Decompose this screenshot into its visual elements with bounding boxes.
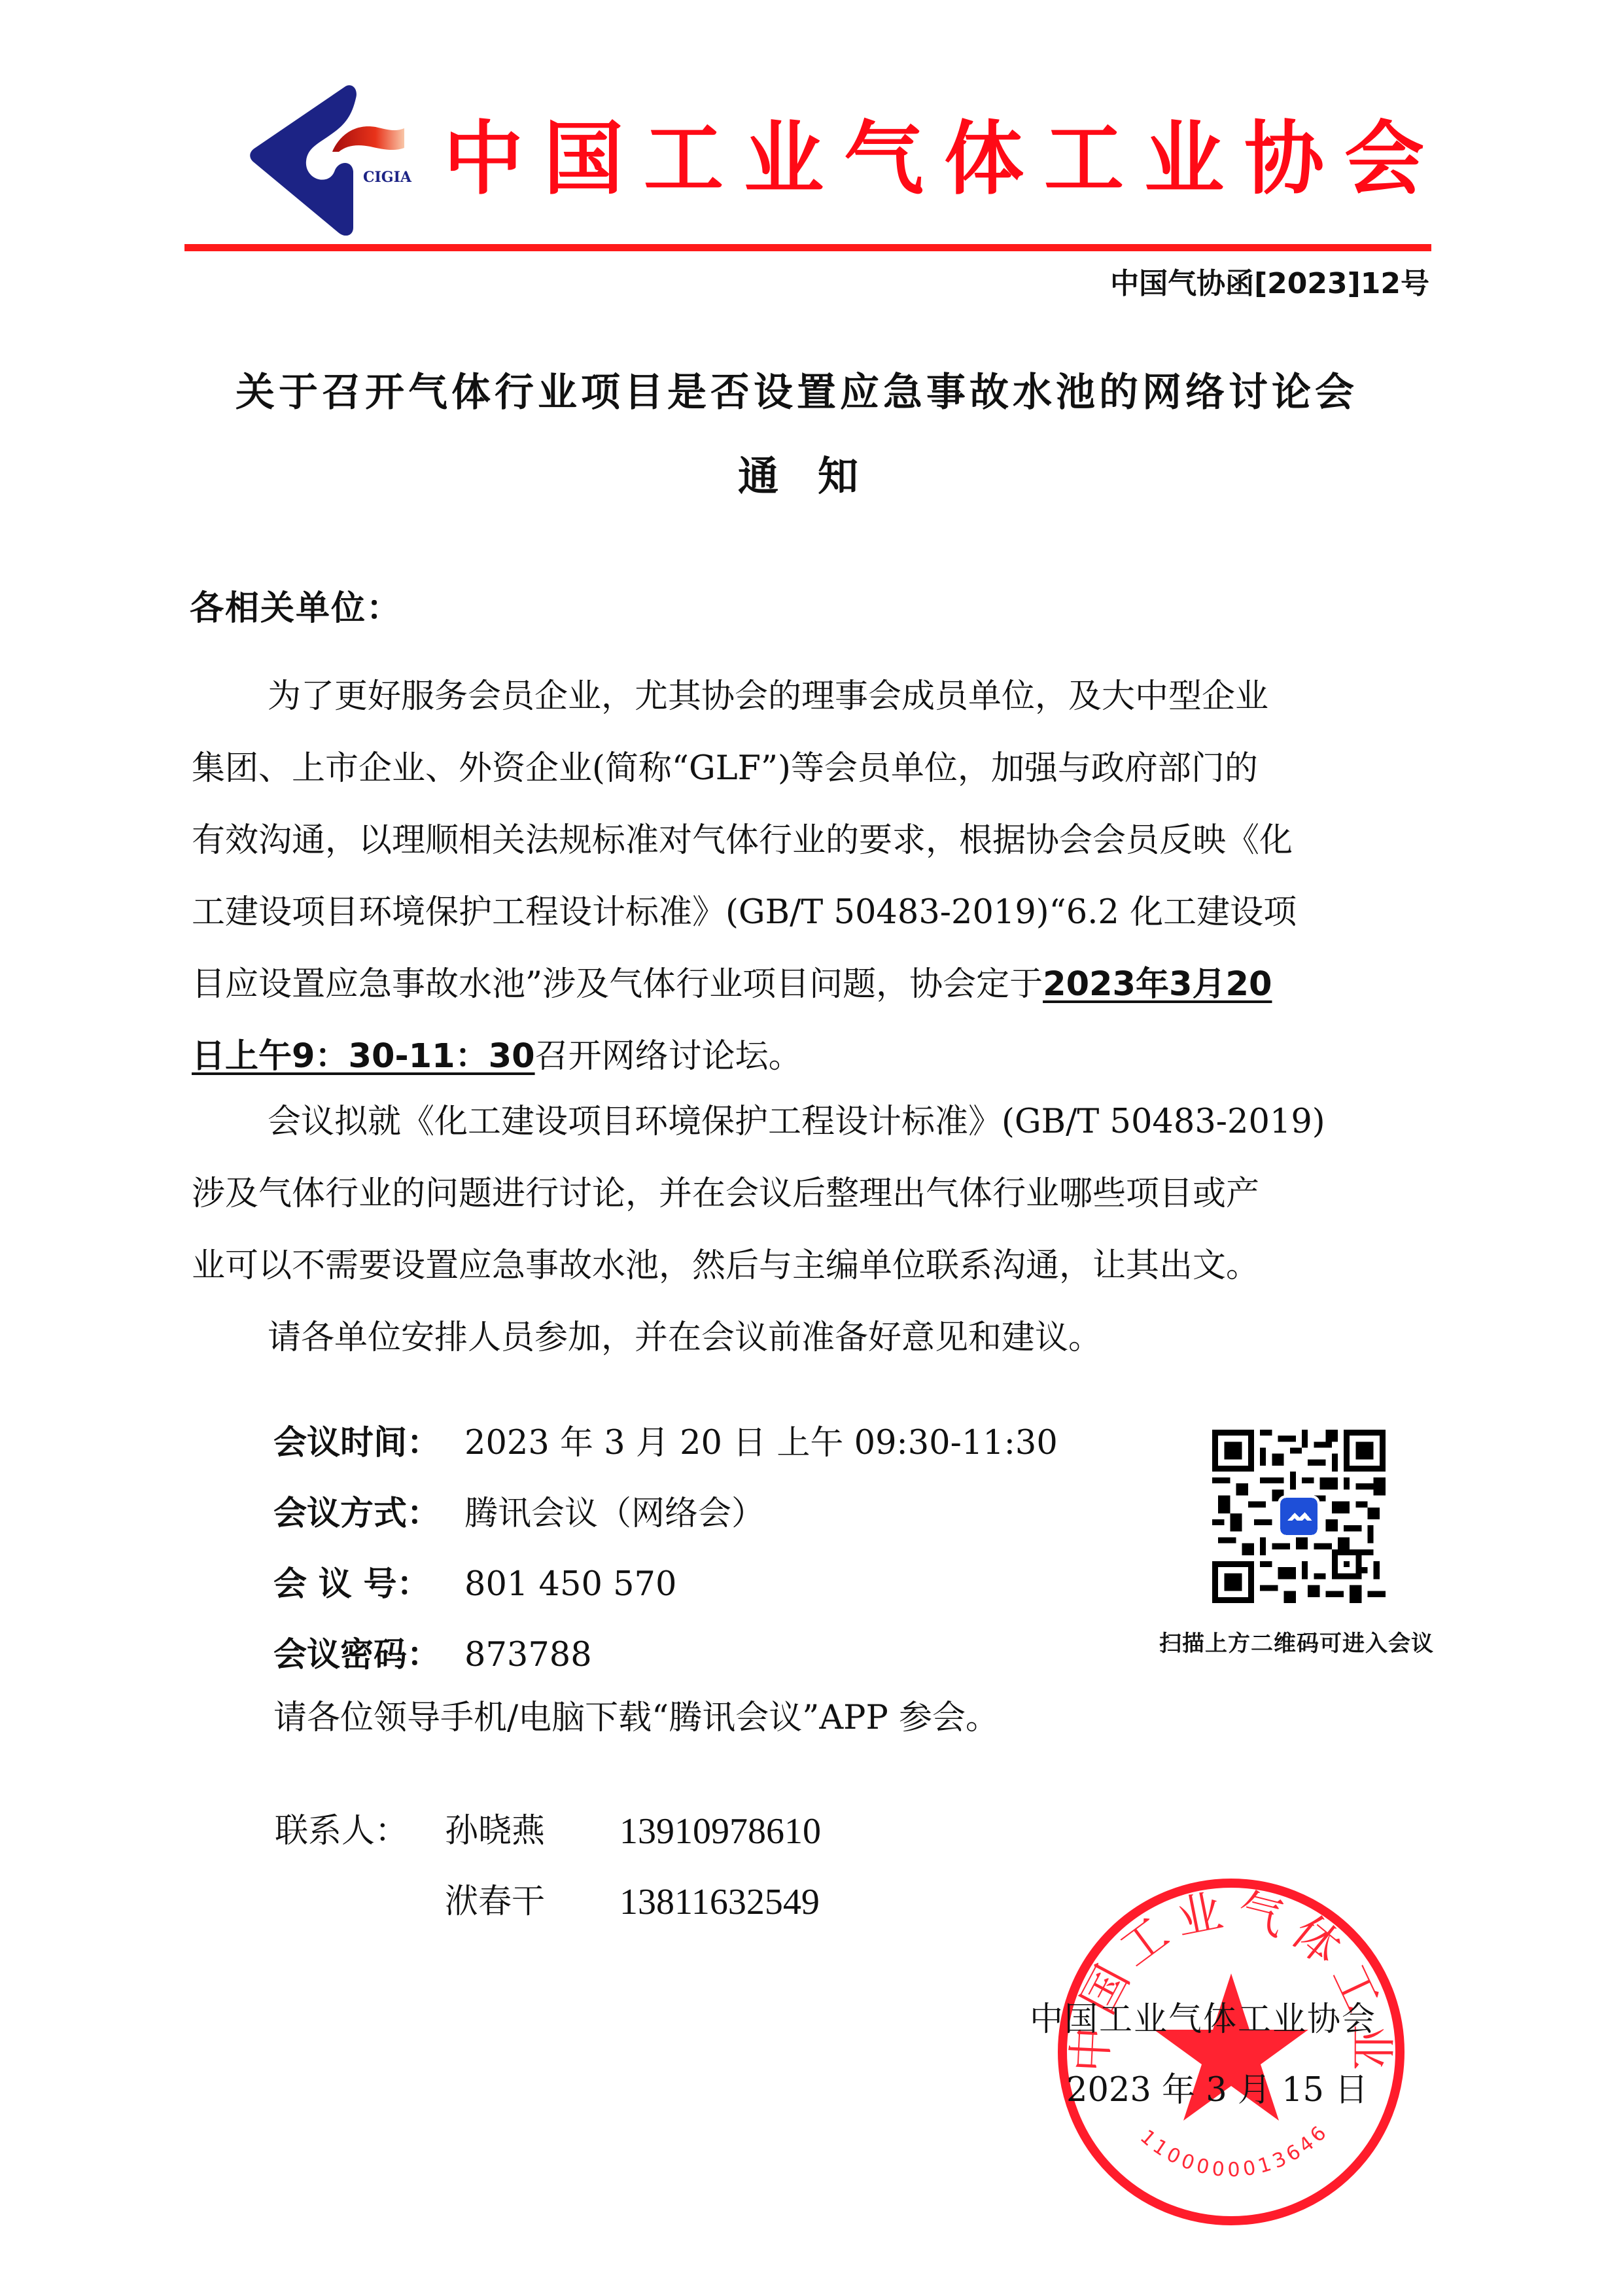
meeting-id-label: 会 议 号： bbox=[273, 1549, 464, 1620]
paragraph-agenda: 会议拟就《化工建设项目环境保护工程设计标准》(GB/T 50483-2019) … bbox=[192, 1086, 1422, 1302]
meeting-id-value: 801 450 570 bbox=[464, 1565, 676, 1604]
qr-code-icon bbox=[1212, 1428, 1386, 1604]
meeting-password-value: 873788 bbox=[464, 1636, 592, 1674]
paragraph-request: 请各单位安排人员参加，并在会议前准备好意见和建议。 bbox=[192, 1302, 1422, 1374]
paragraph-line: 集团、上市企业、外资企业(简称“GLF”)等会员单位，加强与政府部门的 bbox=[192, 733, 1422, 805]
paragraph-line: 日上午9：30-11：30召开网络讨论坛。 bbox=[192, 1021, 1422, 1093]
paragraph-purpose: 为了更好服务会员企业，尤其协会的理事会成员单位，及大中型企业 集团、上市企业、外… bbox=[192, 661, 1422, 1093]
meeting-time-label: 会议时间： bbox=[273, 1408, 464, 1479]
signature-date: 2023 年 3 月 15 日 bbox=[1066, 2068, 1368, 2113]
signature-organization: 中国工业气体工业协会 bbox=[1030, 1997, 1376, 2043]
paragraph-line: 目应设置应急事故水池”涉及气体行业项目问题，协会定于2023年3月20 bbox=[192, 949, 1422, 1021]
paragraph-line: 工建设项目环境保护工程设计标准》(GB/T 50483-2019)“6.2 化工… bbox=[192, 877, 1422, 949]
document-subtitle: 通知 bbox=[738, 450, 898, 503]
meeting-method-row: 会议方式：腾讯会议（网络会） bbox=[273, 1479, 1058, 1549]
meeting-method-label: 会议方式： bbox=[273, 1479, 464, 1549]
meeting-date-highlight: 2023年3月20 bbox=[1043, 965, 1272, 1004]
qr-caption: 扫描上方二维码可进入会议 bbox=[1159, 1629, 1434, 1658]
paragraph-line: 会议拟就《化工建设项目环境保护工程设计标准》(GB/T 50483-2019) bbox=[192, 1086, 1422, 1158]
cigia-logo-icon: CIGIA bbox=[247, 84, 417, 236]
salutation: 各相关单位： bbox=[190, 582, 402, 635]
svg-text:1100000013646: 1100000013646 bbox=[1136, 2119, 1334, 2182]
cigia-logo: CIGIA bbox=[247, 84, 417, 236]
meeting-password-label: 会议密码： bbox=[273, 1620, 464, 1691]
app-download-note: 请各位领导手机/电脑下载“腾讯会议”APP 参会。 bbox=[273, 1692, 999, 1744]
meeting-info: 会议时间：2023 年 3 月 20 日 上午 09:30-11:30 会议方式… bbox=[273, 1408, 1058, 1691]
contact-name: 孙晓燕 bbox=[445, 1796, 545, 1867]
contact-phone: 13910978610 bbox=[620, 1796, 821, 1867]
contact-name: 洑春干 bbox=[445, 1867, 545, 1937]
official-seal: 中国工业气体工业协会 1100000013646 bbox=[1055, 1875, 1408, 2229]
paragraph-line: 涉及气体行业的问题进行讨论，并在会议后整理出气体行业哪些项目或产 bbox=[192, 1158, 1422, 1230]
paragraph-text: 目应设置应急事故水池”涉及气体行业项目问题，协会定于 bbox=[192, 965, 1043, 1004]
meeting-id-row: 会 议 号：801 450 570 bbox=[273, 1549, 1058, 1620]
meeting-time-highlight: 日上午9：30-11：30 bbox=[192, 1037, 535, 1076]
meeting-qr-code[interactable] bbox=[1212, 1428, 1386, 1604]
paragraph-line: 请各单位安排人员参加，并在会议前准备好意见和建议。 bbox=[192, 1302, 1422, 1374]
paragraph-line: 有效沟通，以理顺相关法规标准对气体行业的要求，根据协会会员反映《化 bbox=[192, 805, 1422, 877]
org-heading: 中国工业气体工业协会 bbox=[444, 110, 1444, 208]
contact-phone: 13811632549 bbox=[620, 1867, 820, 1937]
document-number: 中国气协函[2023]12号 bbox=[1110, 264, 1429, 304]
svg-text:CIGIA: CIGIA bbox=[363, 169, 412, 186]
document-title: 关于召开气体行业项目是否设置应急事故水池的网络讨论会 bbox=[236, 366, 1387, 419]
meeting-password-row: 会议密码：873788 bbox=[273, 1620, 1058, 1691]
meeting-time-row: 会议时间：2023 年 3 月 20 日 上午 09:30-11:30 bbox=[273, 1408, 1058, 1479]
paragraph-line: 业可以不需要设置应急事故水池，然后与主编单位联系沟通，让其出文。 bbox=[192, 1230, 1422, 1302]
paragraph-line: 为了更好服务会员企业，尤其协会的理事会成员单位，及大中型企业 bbox=[192, 661, 1422, 733]
paragraph-text: 召开网络讨论坛。 bbox=[535, 1037, 802, 1076]
seal-icon: 中国工业气体工业协会 1100000013646 bbox=[1055, 1875, 1408, 2229]
meeting-time-value: 2023 年 3 月 20 日 上午 09:30-11:30 bbox=[464, 1424, 1058, 1462]
letterhead-red-rule bbox=[184, 244, 1431, 251]
meeting-method-value: 腾讯会议（网络会） bbox=[464, 1494, 765, 1533]
contacts-label: 联系人： bbox=[275, 1796, 408, 1867]
tencent-meeting-icon bbox=[1280, 1498, 1318, 1535]
